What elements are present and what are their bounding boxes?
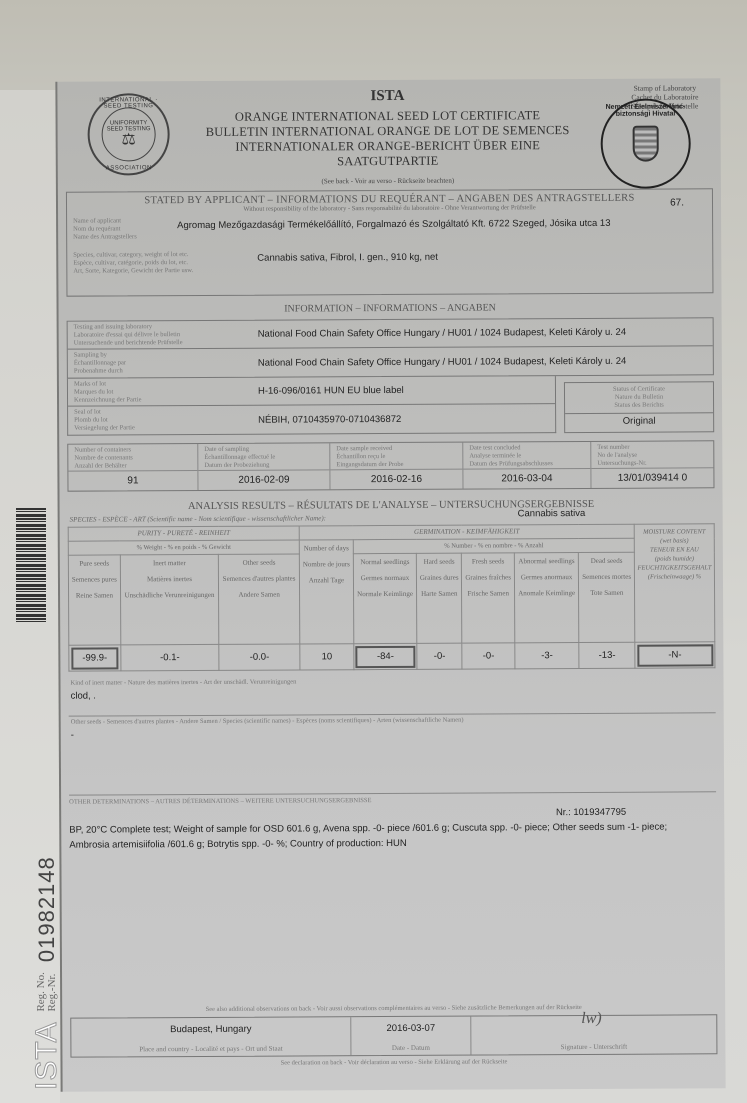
- number-of-days-value: 10: [300, 644, 354, 670]
- inert-matter-note: Kind of inert matter - Nature des matièr…: [68, 674, 715, 716]
- certificate-document: INTERNATIONAL · SEED TESTING UNIFORMITY …: [55, 78, 725, 1091]
- notes-section: Kind of inert matter - Nature des matièr…: [68, 674, 715, 754]
- info-row-marks: Marks of lotMarques du lotKennzeichnung …: [68, 376, 555, 407]
- scales-icon: ⚖: [121, 132, 135, 148]
- info-row-sampling: Sampling byÉchantillonnage parProbenahme…: [68, 346, 713, 377]
- info-row-testing-lab: Testing and issuing laboratoryLaboratoir…: [68, 318, 713, 349]
- moisture-header: MOISTURE CONTENT(wet basis) TENEUR EN EA…: [634, 524, 714, 642]
- inert-matter-value: -0.1-: [121, 644, 220, 671]
- sampling-date-cell: Date of samplingÉchantillonnage effectué…: [198, 443, 330, 490]
- results-table: PURITY - PURETÉ - REINHEIT GERMINATION -…: [68, 523, 716, 671]
- other-seeds-note: Other seeds - Semences d'autres plantes …: [69, 713, 716, 754]
- species-label: Species, cultivar, category, weight of l…: [67, 251, 257, 276]
- information-title: INFORMATION – INFORMATIONS – ANGABEN: [59, 301, 722, 315]
- determination-number: Nr.: 1019347795: [556, 807, 626, 818]
- pure-seeds-value: -99.9-: [69, 645, 121, 671]
- info-row-seal: Seal of lotPlomb du lotVersiegelung der …: [68, 404, 555, 435]
- place-cell: Budapest, HungaryPlace and country - Loc…: [71, 1017, 351, 1056]
- certificate-header: INTERNATIONAL · SEED TESTING UNIFORMITY …: [57, 78, 721, 191]
- stamp-number: 67.: [670, 197, 684, 208]
- fresh-seeds-value: -0-: [462, 643, 515, 669]
- results-values-row: -99.9- -0.1- -0.0- 10 -84- -0- -0- -3- -…: [69, 642, 715, 671]
- signature-footer: Budapest, HungaryPlace and country - Loc…: [70, 1014, 717, 1057]
- coat-of-arms-icon: [633, 126, 659, 162]
- concluded-date-cell: Date test concludedAnalyse terminée leDa…: [463, 442, 591, 489]
- date-cell: 2016-03-07Date - Datum: [351, 1017, 471, 1056]
- determination-text: BP, 20°C Complete test; Weight of sample…: [69, 819, 716, 852]
- dead-seeds-value: -13-: [579, 642, 635, 668]
- moisture-value: -N-: [635, 642, 715, 668]
- other-determinations: OTHER DETERMINATIONS – AUTRES DÉTERMINAT…: [69, 791, 717, 994]
- reg-label: Reg. No.Reg.-Nr.: [36, 972, 58, 1011]
- applicant-section: STATED BY APPLICANT – INFORMATIONS DU RE…: [66, 188, 714, 296]
- information-box: Testing and issuing laboratoryLaboratoir…: [67, 317, 714, 378]
- hard-seeds-value: -0-: [417, 643, 462, 669]
- signature-cell: lw)Signature - Unterschrift: [471, 1015, 716, 1054]
- species-value: Cannabis sativa, Fibrol, I. gen., 910 kg…: [257, 251, 438, 263]
- status-value: Original: [565, 413, 713, 429]
- normal-seedlings-value: -84-: [354, 643, 417, 669]
- certificate-title: ISTA ORANGE INTERNATIONAL SEED LOT CERTI…: [187, 87, 588, 186]
- reg-number: 01982148: [34, 856, 60, 962]
- signature-mark: lw): [581, 1010, 602, 1028]
- applicant-name-value: Agromag Mezőgazdasági Termékelőállító, F…: [177, 218, 610, 231]
- see-also-note: See also additional observations on back…: [62, 1003, 725, 1013]
- abnormal-seedlings-value: -3-: [515, 643, 579, 669]
- other-seeds-value: -0.0-: [219, 644, 300, 670]
- laboratory-stamp-icon: Nemzeti Élelmiszerlánc-biztonsági Hivata…: [600, 98, 690, 188]
- ista-seal-icon: INTERNATIONAL · SEED TESTING UNIFORMITY …: [87, 93, 169, 175]
- ista-margin-logo: ISTA: [30, 1022, 64, 1090]
- test-number-cell: Test numberNo de l'analyseUntersuchungs-…: [591, 441, 713, 488]
- certificate-status: Status of CertificateNature du BulletinS…: [564, 381, 714, 433]
- received-date-cell: Date sample receivedÉchantillon reçu leE…: [330, 443, 463, 490]
- barcode: [16, 508, 46, 623]
- declaration-note: See declaration on back - Voir déclarati…: [62, 1057, 725, 1067]
- containers-cell: Number of containersNombre de contenants…: [68, 444, 198, 491]
- dates-grid: Number of containersNombre de contenants…: [67, 440, 714, 491]
